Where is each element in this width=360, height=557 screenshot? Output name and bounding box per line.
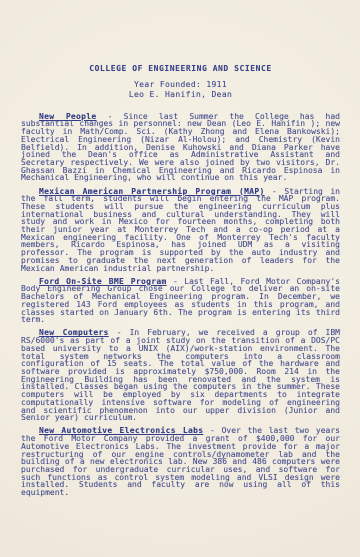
document-page: COLLEGE OF ENGINEERING AND SCIENCE Year … bbox=[0, 0, 360, 557]
dean-name: Leo E. Hanifin, Dean bbox=[21, 90, 340, 100]
document-body: New People - Since last Summer the Colle… bbox=[21, 113, 340, 497]
paragraph-auto-electronics-labs: New Automotive Electronics Labs - Over t… bbox=[21, 427, 340, 496]
paragraph-text: - Starting in the fall term, students wi… bbox=[21, 187, 340, 273]
paragraph-ford-bme-program: Ford On-Site BME Program - Last Fall, Fo… bbox=[21, 278, 340, 324]
paragraph-text: - Since last Summer the College has had … bbox=[21, 112, 340, 183]
page-title: COLLEGE OF ENGINEERING AND SCIENCE bbox=[21, 65, 340, 73]
paragraph-text: - Last Fall, Ford Motor Company's Body E… bbox=[21, 277, 340, 325]
paragraph-new-people: New People - Since last Summer the Colle… bbox=[21, 113, 340, 182]
paragraph-text: - Over the last two years the Ford Motor… bbox=[21, 426, 340, 497]
document-header: COLLEGE OF ENGINEERING AND SCIENCE Year … bbox=[21, 65, 340, 100]
year-founded: Year Founded: 1911 bbox=[21, 80, 340, 90]
paragraph-new-computers: New Computers - In February, we received… bbox=[21, 329, 340, 421]
paragraph-map-program: Mexican American Partnership Program (MA… bbox=[21, 188, 340, 273]
paragraph-text: - In February, we received a group of IB… bbox=[21, 328, 340, 422]
